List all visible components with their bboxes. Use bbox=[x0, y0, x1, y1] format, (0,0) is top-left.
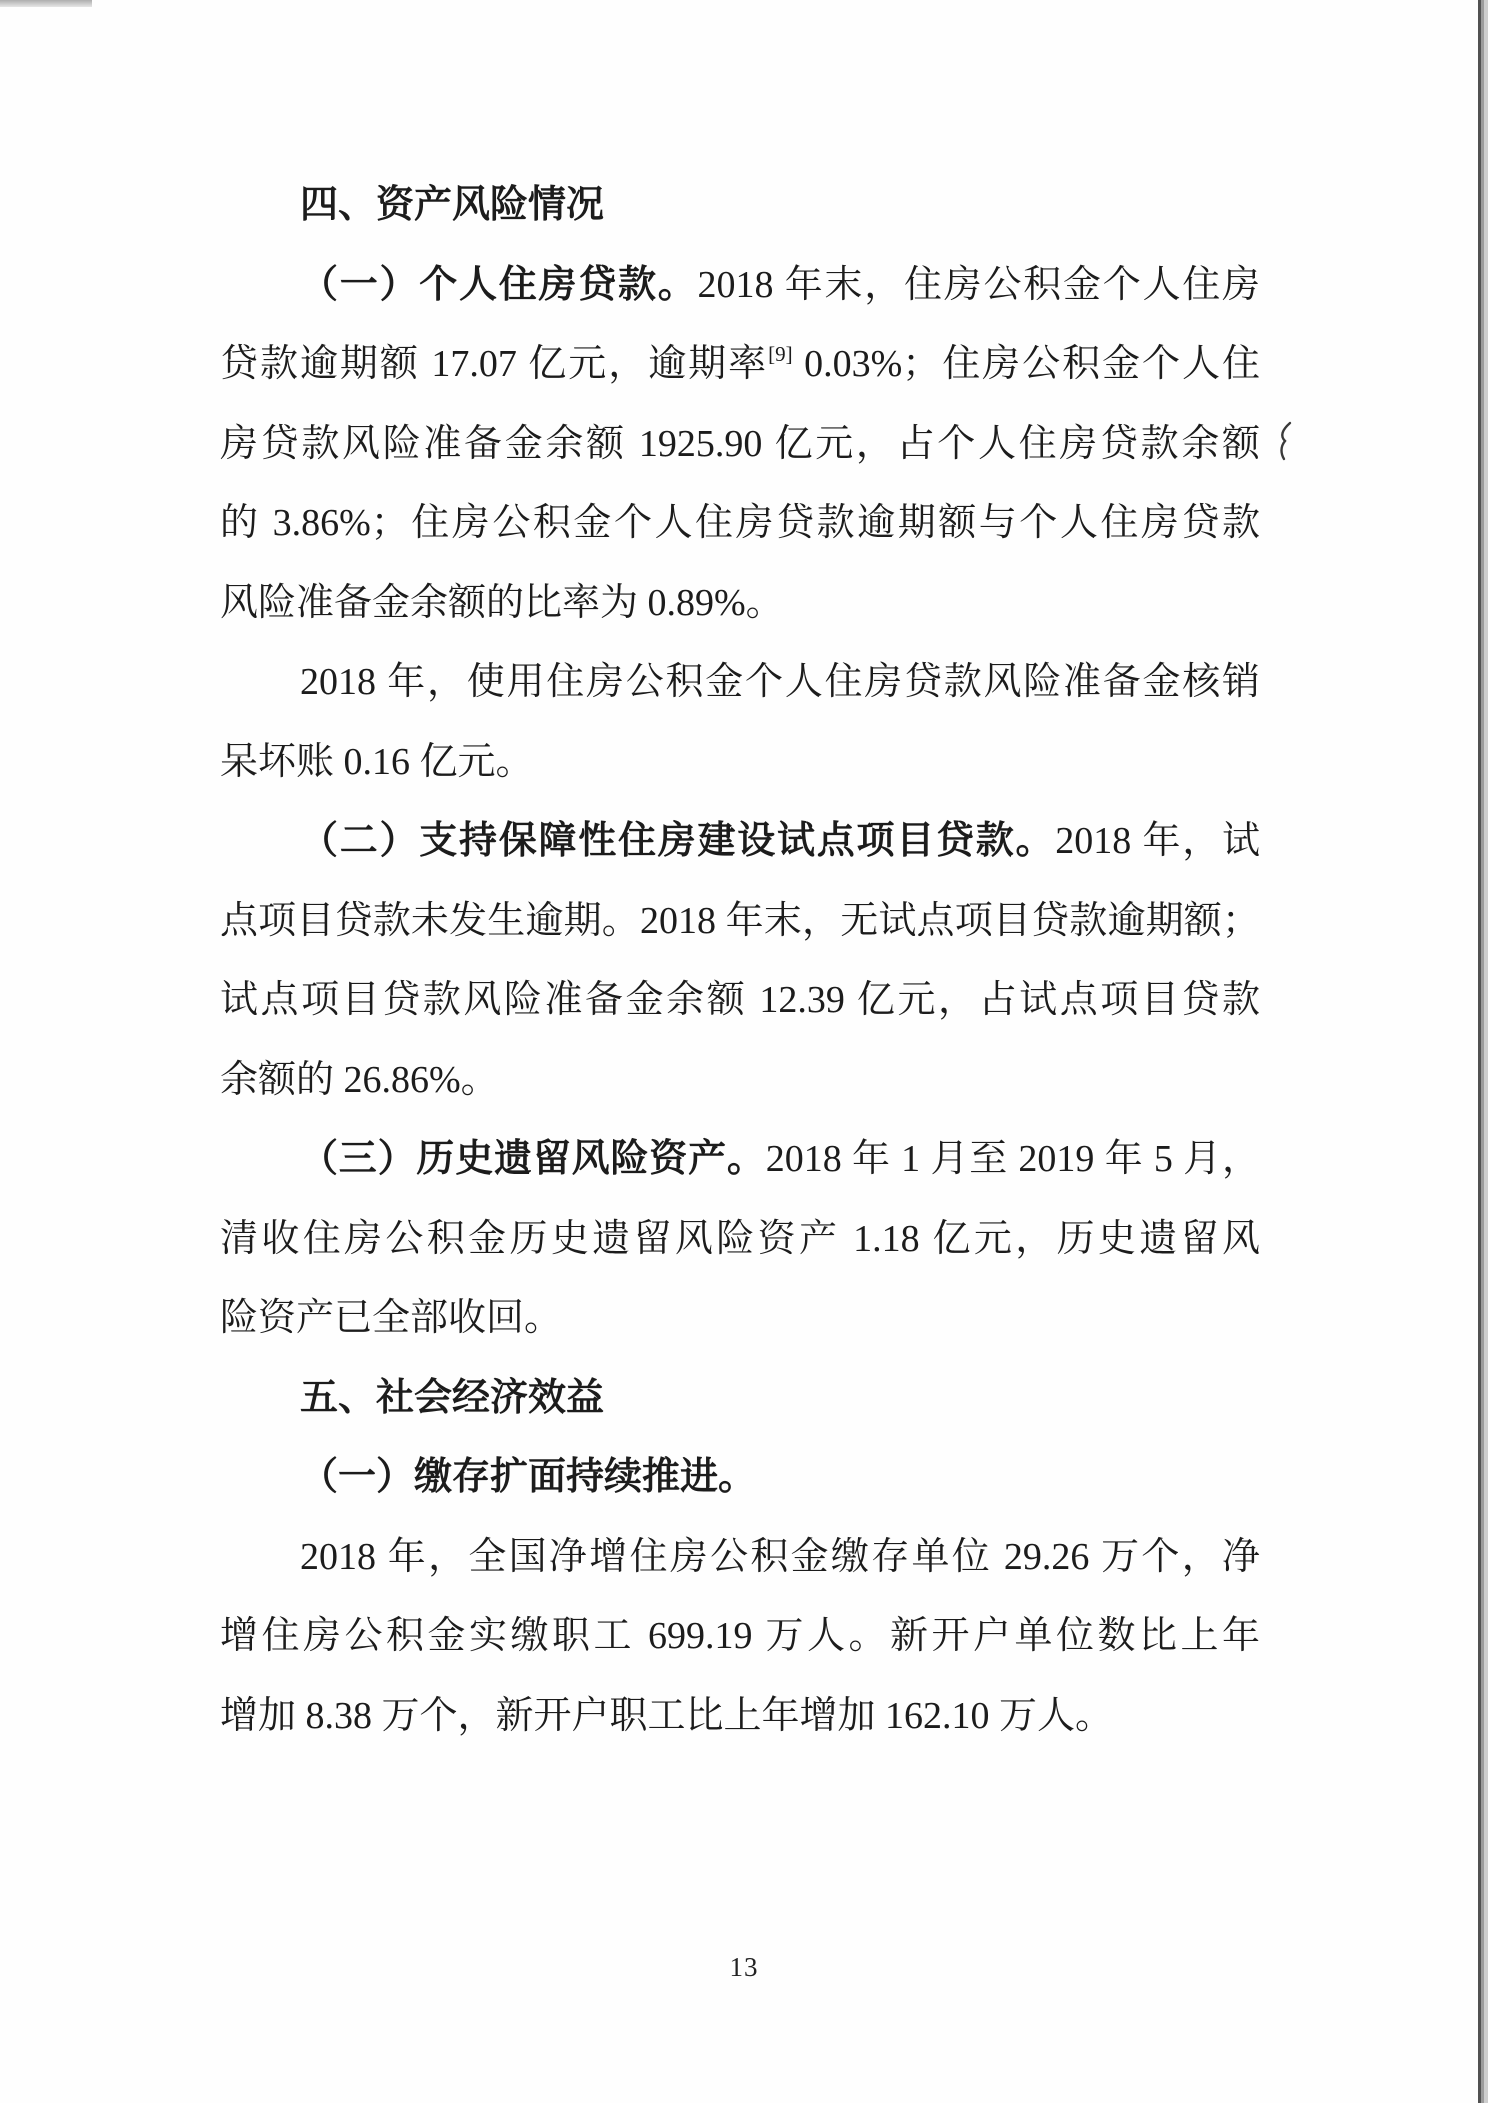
text-line: 2018 年，全国净增住房公积金缴存单位 29.26 万个，净 bbox=[220, 1518, 1260, 1598]
scanned-document-page: 四、资产风险情况（一）个人住房贷款。2018 年末，住房公积金个人住房贷款逾期额… bbox=[0, 0, 1488, 2103]
text-line: （一）缴存扩面持续推进。 bbox=[220, 1438, 1260, 1518]
page-number: 13 bbox=[0, 1952, 1488, 1983]
text-line: 点项目贷款未发生逾期。2018 年末，无试点项目贷款逾期额； bbox=[220, 882, 1260, 962]
scan-artifact-top-left bbox=[0, 0, 92, 7]
text-line: 增加 8.38 万个，新开户职工比上年增加 162.10 万人。 bbox=[220, 1677, 1260, 1757]
text-line: 房贷款风险准备金余额 1925.90 亿元，占个人住房贷款余额 bbox=[220, 405, 1260, 485]
section-heading: 五、社会经济效益 bbox=[220, 1359, 1260, 1439]
text-line: （一）个人住房贷款。2018 年末，住房公积金个人住房 bbox=[220, 246, 1260, 326]
text-line: 风险准备金余额的比率为 0.89%。 bbox=[220, 564, 1260, 644]
text-line: 险资产已全部收回。 bbox=[220, 1279, 1260, 1359]
superscript-note-ref: [9] bbox=[768, 342, 793, 366]
section-heading: 四、资产风险情况 bbox=[220, 166, 1260, 246]
text-line: 2018 年，使用住房公积金个人住房贷款风险准备金核销 bbox=[220, 643, 1260, 723]
text-line: 增住房公积金实缴职工 699.19 万人。新开户单位数比上年 bbox=[220, 1597, 1260, 1677]
scan-edge-line-light bbox=[1484, 0, 1488, 2103]
text-line: 清收住房公积金历史遗留风险资产 1.18 亿元，历史遗留风 bbox=[220, 1200, 1260, 1280]
document-text: 四、资产风险情况（一）个人住房贷款。2018 年末，住房公积金个人住房贷款逾期额… bbox=[220, 166, 1260, 1756]
text-line: 呆坏账 0.16 亿元。 bbox=[220, 723, 1260, 803]
text-line: 的 3.86%；住房公积金个人住房贷款逾期额与个人住房贷款 bbox=[220, 484, 1260, 564]
text-line: 余额的 26.86%。 bbox=[220, 1041, 1260, 1121]
text-line: 贷款逾期额 17.07 亿元，逾期率[9] 0.03%；住房公积金个人住 bbox=[220, 325, 1260, 405]
text-line: 试点项目贷款风险准备金余额 12.39 亿元，占试点项目贷款 bbox=[220, 961, 1260, 1041]
handwritten-tick-mark bbox=[1272, 420, 1298, 462]
text-line: （三）历史遗留风险资产。2018 年 1 月至 2019 年 5 月， bbox=[220, 1120, 1260, 1200]
text-line: （二）支持保障性住房建设试点项目贷款。2018 年，试 bbox=[220, 802, 1260, 882]
